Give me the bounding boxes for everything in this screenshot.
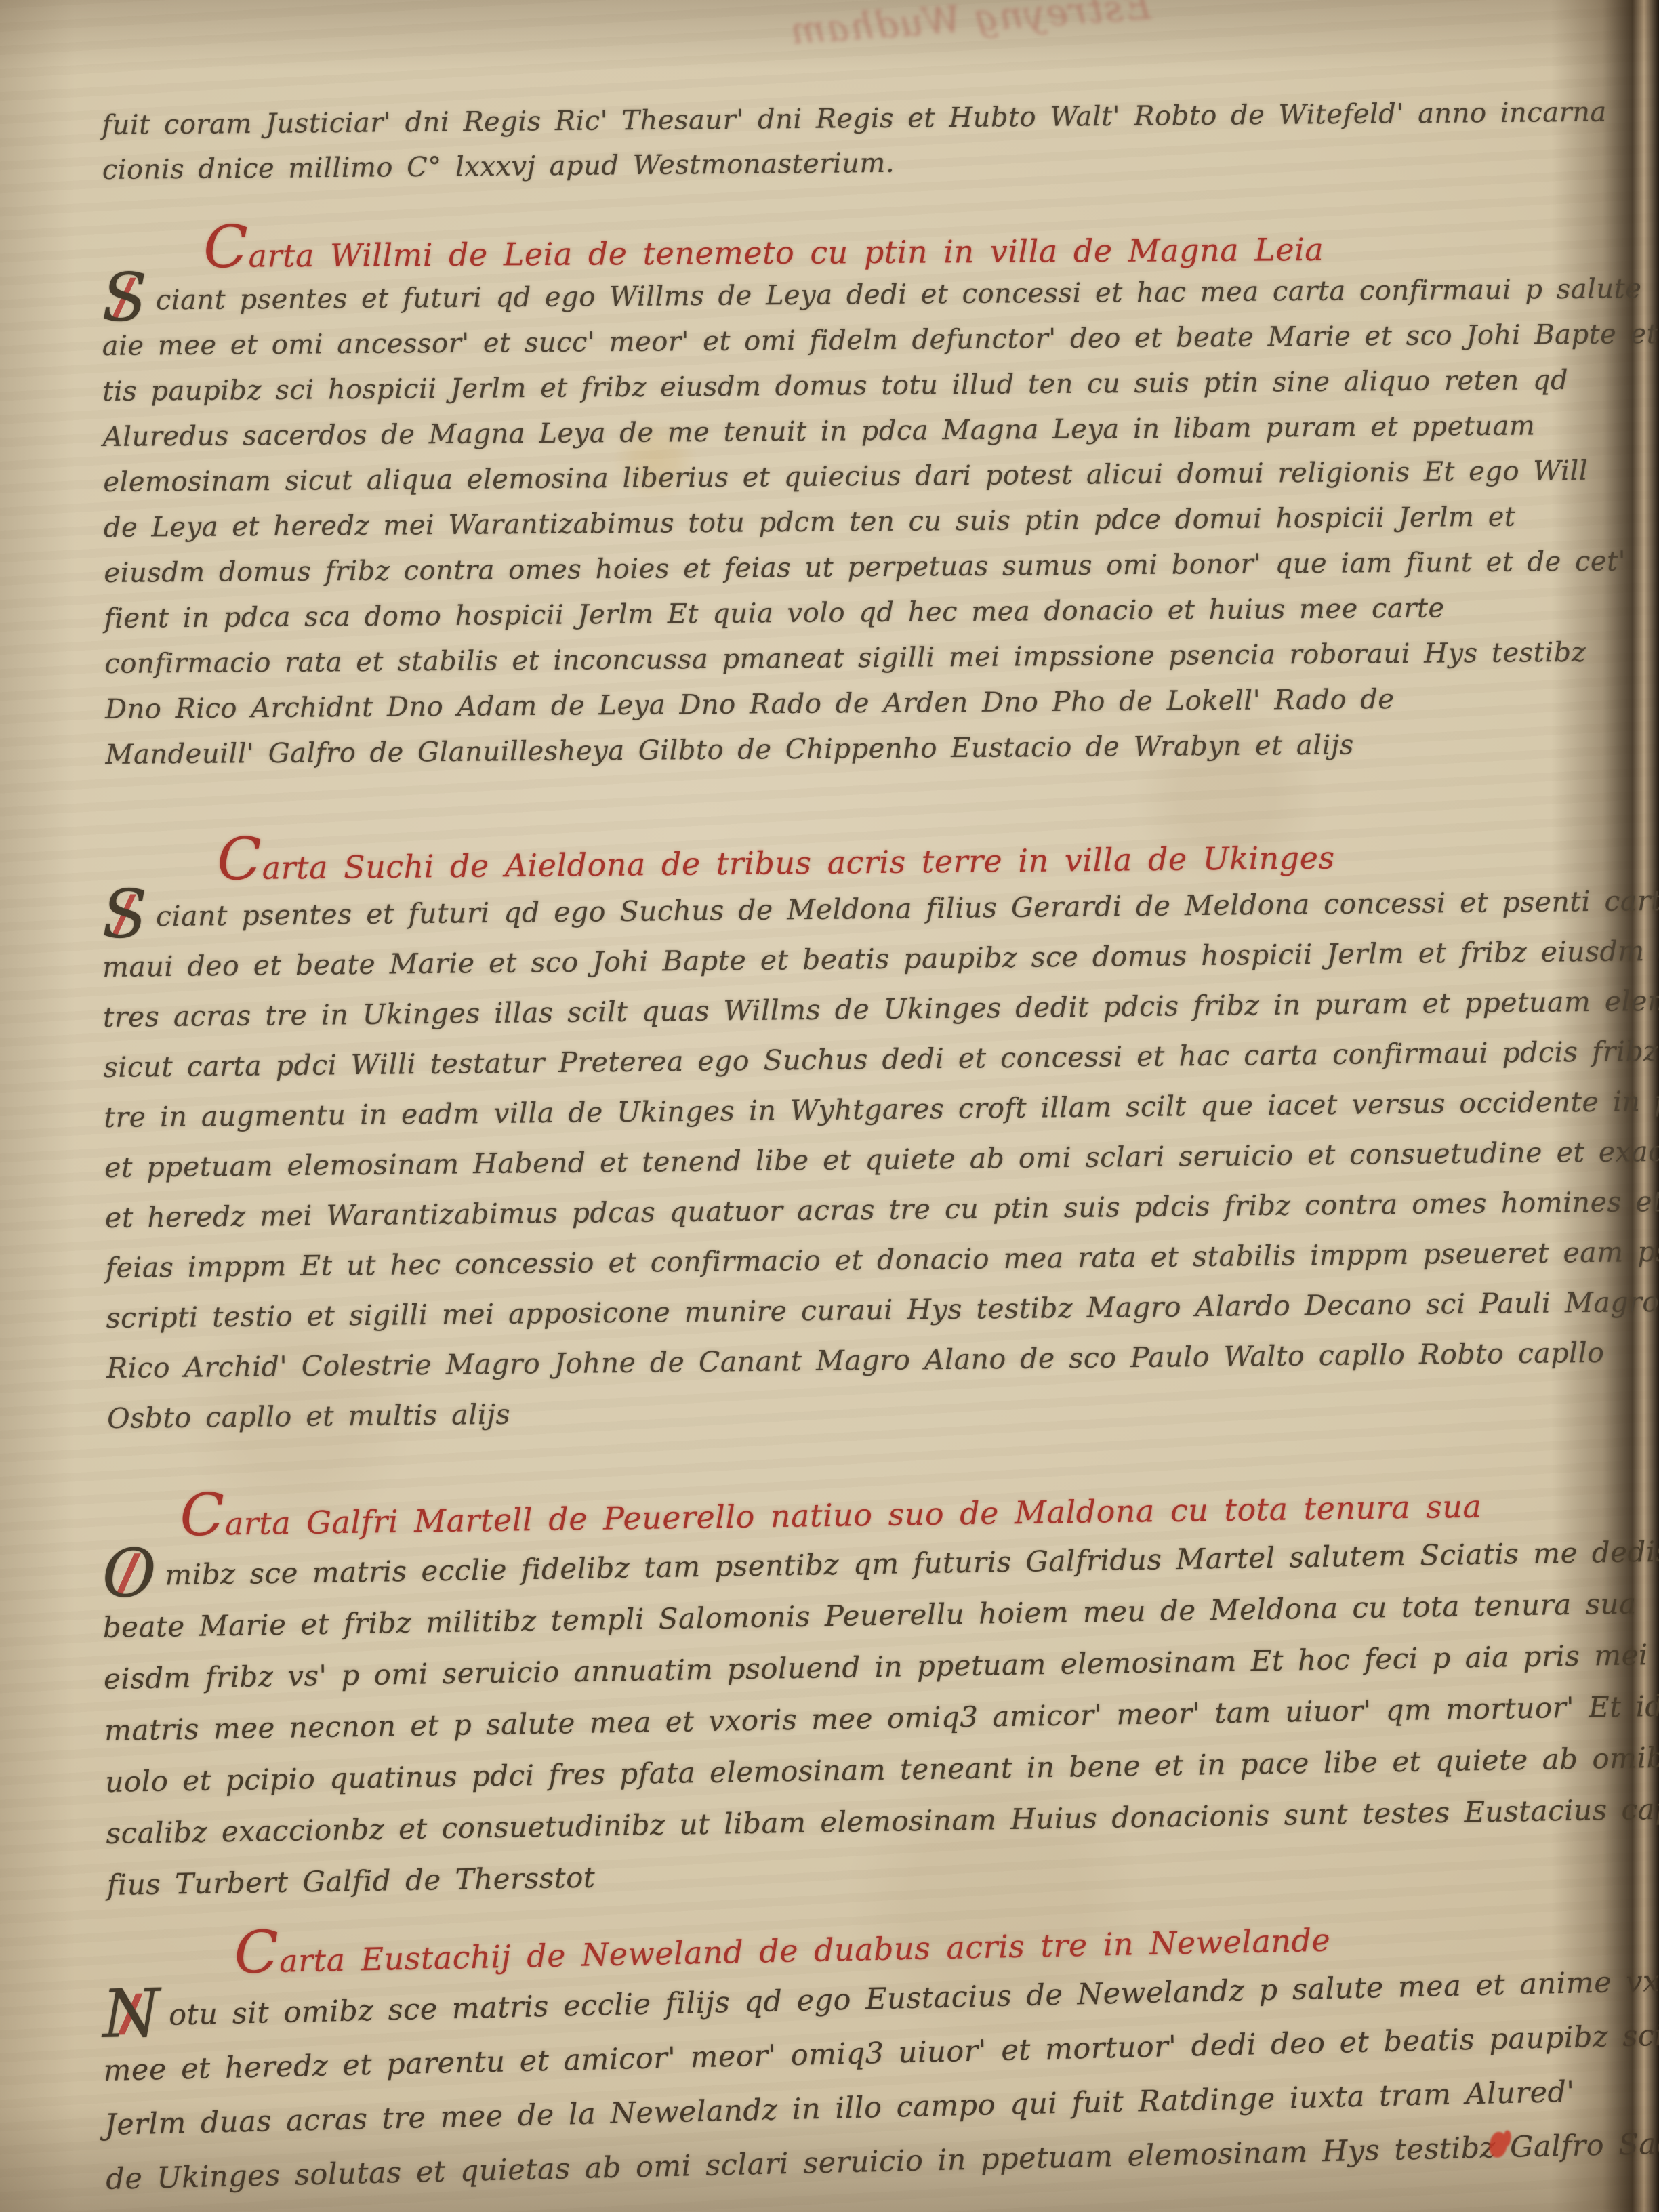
mirrored-showthrough-rubric: Estreyng Wudham (595, 0, 1153, 84)
drop-cap-initial: S (102, 277, 148, 319)
manuscript-line-text: ciant psentes et futuri qd ego Suchus de… (156, 883, 1659, 933)
charter-body-4: Notu sit omibz sce matris ecclie filijs … (102, 1954, 1648, 2207)
drop-cap-initial: O (102, 1553, 157, 1595)
drop-cap-initial: N (102, 1993, 161, 2035)
charter-body-2: Sciant psentes et futuri qd ego Suchus d… (102, 876, 1649, 1443)
charter-body-1: Sciant psentes et futuri qd ego Willms d… (102, 266, 1647, 778)
parchment-page: Estreyng Wudham fuit coram Justiciar' dn… (0, 0, 1659, 2212)
preamble-section: fuit coram Justiciar' dni Regis Ric' The… (102, 89, 1644, 192)
charter-body-3: Omibz sce matris ecclie fidelibz tam pse… (102, 1526, 1649, 1911)
drop-cap-initial: S (102, 894, 148, 935)
manuscript-line-text: ciant psentes et futuri qd ego Willms de… (156, 273, 1642, 316)
